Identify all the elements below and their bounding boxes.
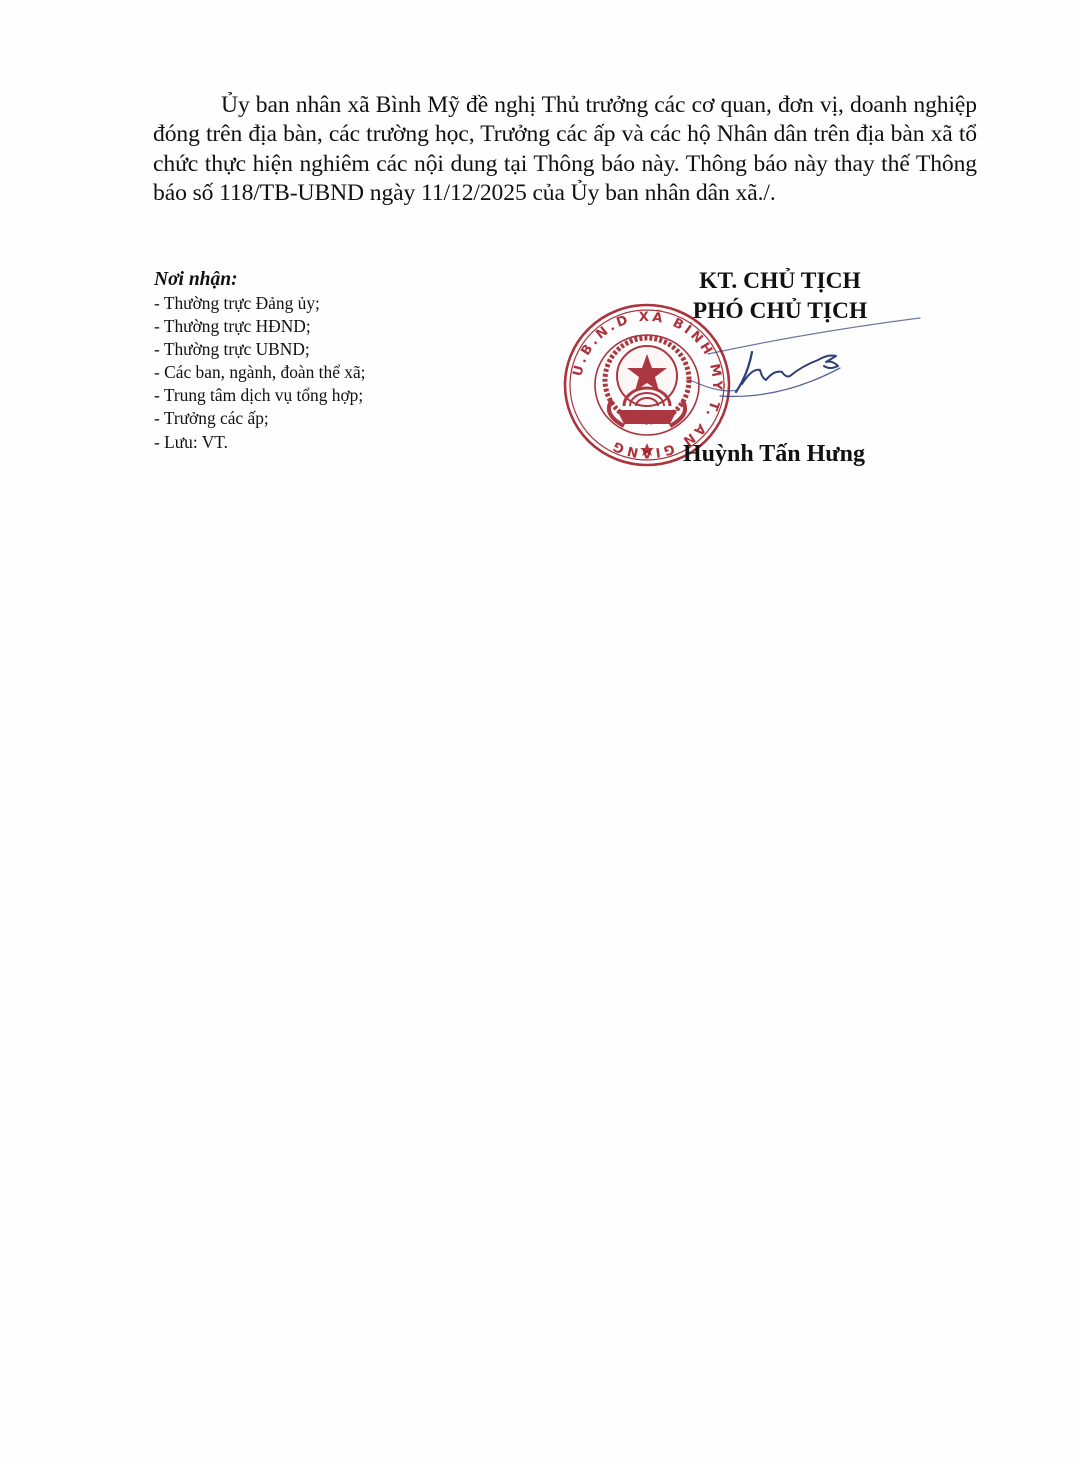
- recipient-item: - Lưu: VT.: [154, 431, 454, 454]
- recipients-list: - Thường trực Đảng ủy; - Thường trực HĐN…: [154, 292, 454, 454]
- recipient-item: - Trưởng các ấp;: [154, 407, 454, 430]
- document-page: Ủy ban nhân xã Bình Mỹ đề nghị Thủ trưởn…: [0, 0, 1080, 1460]
- recipients-block: Nơi nhận: - Thường trực Đảng ủy; - Thườn…: [154, 268, 454, 454]
- recipient-item: - Trung tâm dịch vụ tổng hợp;: [154, 384, 454, 407]
- handwritten-signature-icon: [690, 312, 930, 412]
- body-paragraph: Ủy ban nhân xã Bình Mỹ đề nghị Thủ trưởn…: [153, 91, 977, 209]
- recipients-title: Nơi nhận:: [154, 268, 454, 292]
- recipient-item: - Thường trực Đảng ủy;: [154, 292, 454, 315]
- national-emblem-icon: [605, 338, 689, 426]
- recipient-item: - Các ban, ngành, đoàn thể xã;: [154, 361, 454, 384]
- signer-name: Huỳnh Tấn Hưng: [658, 441, 890, 468]
- recipient-item: - Thường trực HĐND;: [154, 315, 454, 338]
- signature-title-line1: KT. CHỦ TỊCH: [620, 266, 940, 296]
- body-paragraph-block: Ủy ban nhân xã Bình Mỹ đề nghị Thủ trưởn…: [153, 91, 977, 209]
- recipient-item: - Thường trực UBND;: [154, 338, 454, 361]
